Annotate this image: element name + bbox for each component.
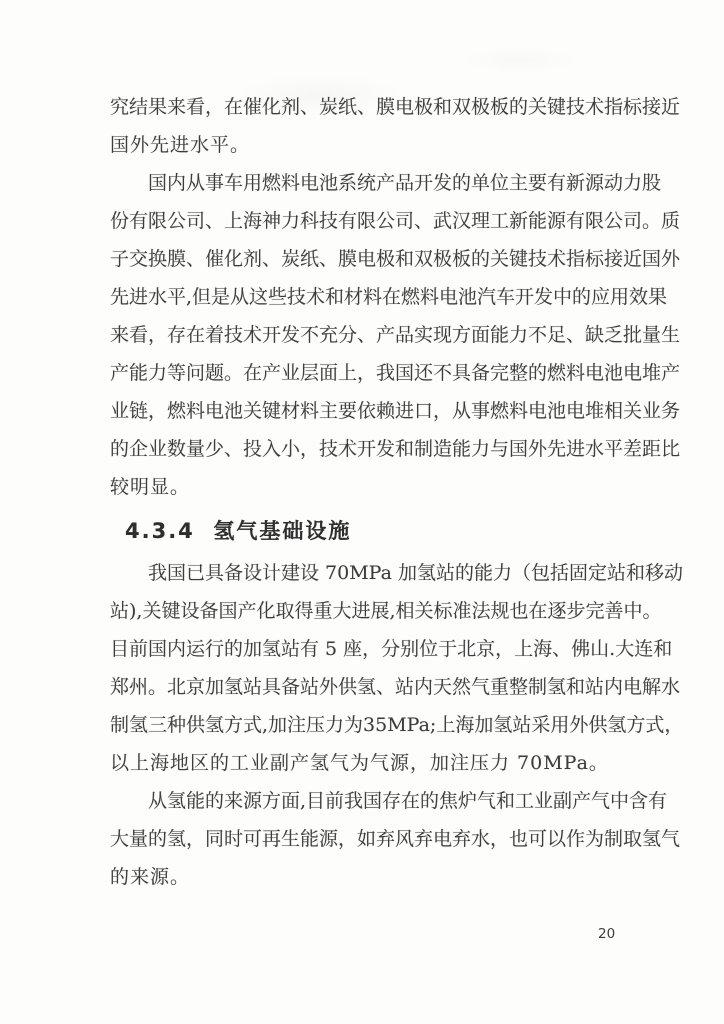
text-line: 份有限公司、上海神力科技有限公司、武汉理工新能源有限公司。质	[110, 202, 632, 240]
text-line: 较明显。	[110, 468, 632, 506]
text-line: 来看，存在着技术开发不充分、产品实现方面能力不足、缺乏批量生	[110, 316, 632, 354]
page-number: 20	[598, 926, 615, 942]
text-line: 的来源。	[110, 858, 632, 896]
text-line: 目前国内运行的加氢站有 5 座，分别位于北京，上海、佛山.大连和	[110, 630, 632, 668]
text-line: 先进水平,但是从这些技术和材料在燃料电池汽车开发中的应用效果	[110, 278, 632, 316]
text-line: 国外先进水平。	[110, 126, 632, 164]
text-line: 以上海地区的工业副产氢气为气源，加注压力 70MPa。	[110, 744, 632, 782]
text-line: 制氢三种供氢方式,加注压力为35MPa;上海加氢站采用外供氢方式，	[110, 706, 632, 744]
text-line: 大量的氢，同时可再生能源，如弃风弃电弃水，也可以作为制取氢气	[110, 820, 632, 858]
text-line: 子交换膜、催化剂、炭纸、膜电极和双极板的关键技术指标接近国外	[110, 240, 632, 278]
text-line: 郑州。北京加氢站具备站外供氢、站内天然气重整制氢和站内电解水	[110, 668, 632, 706]
text-line: 国内从事车用燃料电池系统产品开发的单位主要有新源动力股	[110, 164, 632, 202]
section-heading: 4.3.4 氢气基础设施	[110, 510, 632, 552]
text-line: 产能力等问题。在产业层面上，我国还不具备完整的燃料电池电堆产	[110, 354, 632, 392]
text-line: 的企业数量少、投入小，技术开发和制造能力与国外先进水平差距比	[110, 430, 632, 468]
document-page: 究结果来看，在催化剂、炭纸、膜电极和双极板的关键技术指标接近国外先进水平。国内从…	[0, 0, 724, 1024]
text-line: 我国已具备设计建设 70MPa 加氢站的能力（包括固定站和移动	[110, 554, 632, 592]
body-text: 究结果来看，在催化剂、炭纸、膜电极和双极板的关键技术指标接近国外先进水平。国内从…	[110, 88, 632, 896]
text-line: 业链，燃料电池关键材料主要依赖进口，从事燃料电池电堆相关业务	[110, 392, 632, 430]
text-line: 究结果来看，在催化剂、炭纸、膜电极和双极板的关键技术指标接近	[110, 88, 632, 126]
text-line: 站),关键设备国产化取得重大进展,相关标准法规也在逐步完善中。	[110, 592, 632, 630]
text-line: 从氢能的来源方面,目前我国存在的焦炉气和工业副产气中含有	[110, 782, 632, 820]
